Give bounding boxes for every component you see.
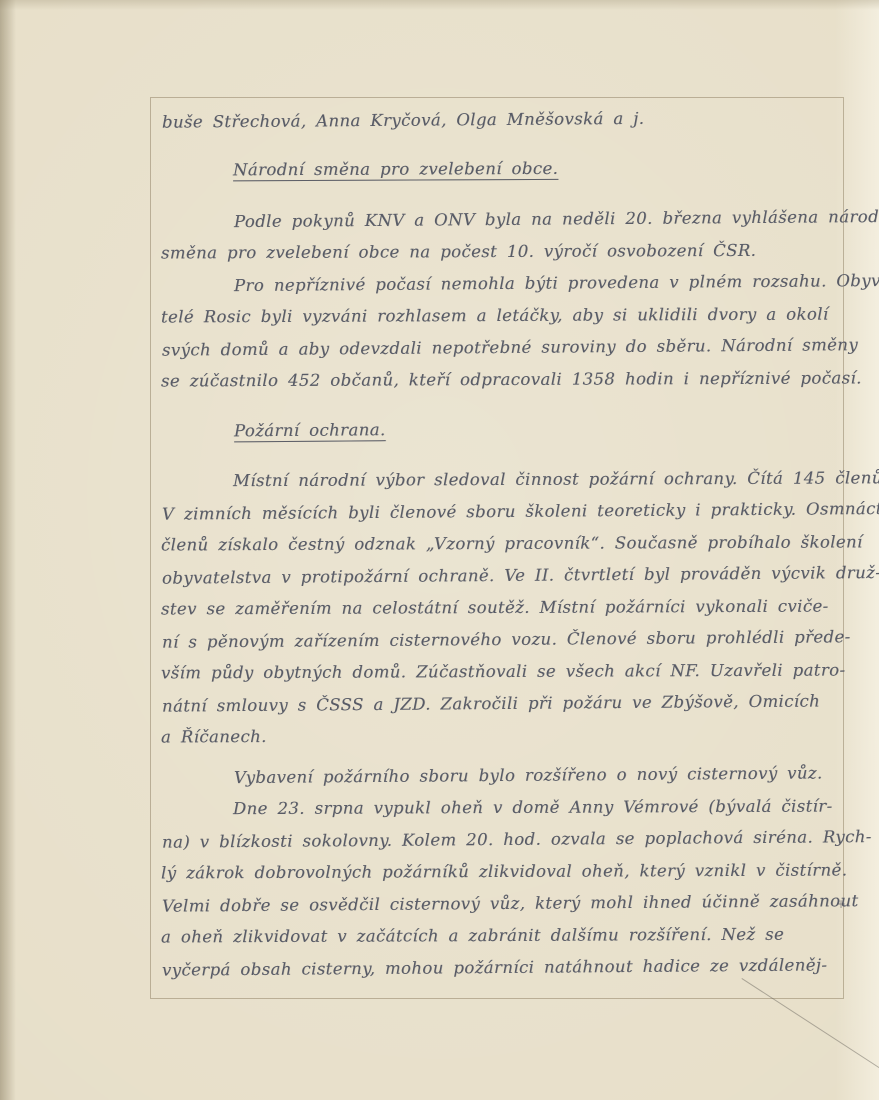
text-line: V zimních měsících byli členové sboru šk… <box>162 493 840 530</box>
continuation-line: buše Střechová, Anna Kryčová, Olga Mněšo… <box>162 101 840 138</box>
text-line: a Říčanech. <box>161 719 839 754</box>
text-line: vyčerpá obsah cisterny, mohou požárníci … <box>162 949 840 986</box>
text-line: Dne 23. srpna vypukl oheň v domě Anny Vé… <box>161 791 839 826</box>
text-line: a oheň zlikvidovat v začátcích a zabráni… <box>161 919 839 954</box>
text-line: stev se zaměřením na celostátní soutěž. … <box>161 591 839 626</box>
text-line: členů získalo čestný odznak „Vzorný prac… <box>161 527 839 562</box>
text-line: se zúčastnilo 452 občanů, kteří odpracov… <box>161 363 839 398</box>
text-line: Místní národní výbor sledoval činnost po… <box>161 463 839 498</box>
text-line: Podle pokynů KNV a ONV byla na neděli 20… <box>162 201 840 238</box>
text-line: Pro nepříznivé počasí nemohla býti prove… <box>162 265 840 302</box>
heading-narodni-smena: Národní směna pro zvelebení obce. <box>233 151 839 188</box>
text-line: svých domů a aby odevzdali nepotřebné su… <box>162 329 840 366</box>
margin-cross-mark: + <box>836 899 846 909</box>
text-line: lý zákrok dobrovolných požárníků zlikvid… <box>161 855 839 890</box>
text-line: na) v blízkosti sokolovny. Kolem 20. hod… <box>162 821 840 858</box>
text-line: ní s pěnovým zařízením cisternového vozu… <box>162 621 840 658</box>
text-line: vším půdy obytných domů. Zúčastňovali se… <box>161 655 839 690</box>
text-line: nátní smlouvy s ČSSS a JZD. Zakročili př… <box>162 685 840 722</box>
handwritten-text-block: buše Střechová, Anna Kryčová, Olga Mněšo… <box>161 104 839 984</box>
text-line: telé Rosic byli vyzváni rozhlasem a letá… <box>161 299 839 334</box>
paper-background: buše Střechová, Anna Kryčová, Olga Mněšo… <box>0 0 879 1100</box>
text-line: Velmi dobře se osvědčil cisternový vůz, … <box>162 885 840 922</box>
text-line: směna pro zvelebení obce na počest 10. v… <box>161 235 839 270</box>
text-line: Vybavení požárního sboru bylo rozšířeno … <box>162 757 840 794</box>
heading-pozarni-ochrana: Požární ochrana. <box>234 410 840 449</box>
text-line: obyvatelstva v protipožární ochraně. Ve … <box>162 557 840 594</box>
